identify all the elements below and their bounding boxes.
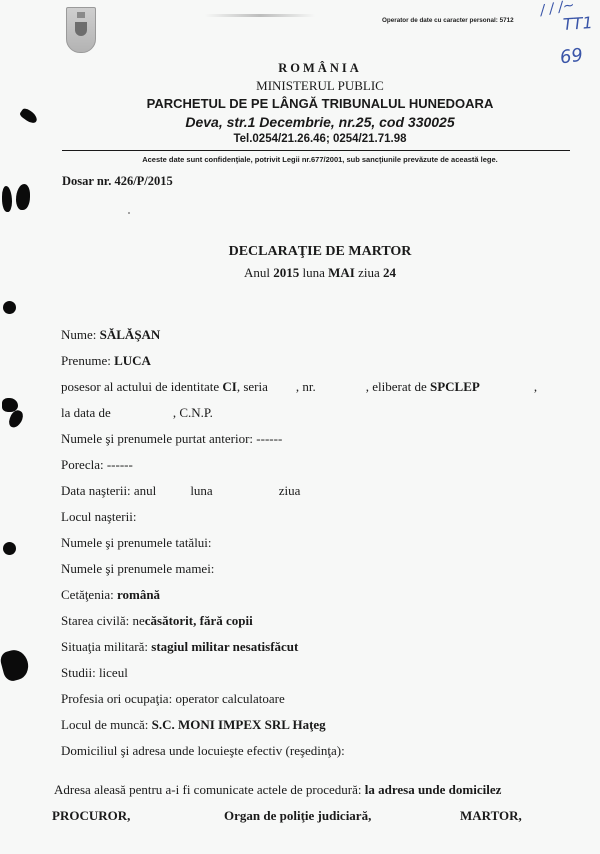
field-locul-nasterii: Locul naşterii: [61,509,136,525]
field-prenume: Prenume: LUCA [61,353,151,369]
binder-tear [2,186,12,212]
date-day-value: 24 [383,265,396,280]
field-situatia-militara: Situaţia militară: stagiul militar nesat… [61,639,298,655]
punch-hole [3,301,16,314]
document-page: Operator de date cu caracter personal: 5… [0,0,600,854]
field-data-nasterii: Data naşterii: anullunaziua [61,483,300,499]
case-number: Dosar nr. 426/P/2015 [62,174,173,189]
handwritten-mark: TT1 [562,13,593,34]
prenume-value: LUCA [114,353,151,368]
field-tatal: Numele şi prenumele tatălui: [61,535,212,551]
date-day-label: ziua [358,265,380,280]
confidentiality-notice: Aceste date sunt confidenţiale, potrivit… [0,155,600,164]
field-adresa-aleasa: Adresa aleasă pentru a-i fi comunicate a… [54,782,501,798]
operator-note: Operator de date cu caracter personal: 5… [382,17,514,24]
nume-value: SĂLĂŞAN [100,327,161,342]
field-porecla: Porecla: ------ [61,457,133,473]
declaration-title: DECLARAŢIE DE MARTOR [0,244,600,260]
date-year-label: Anul [244,265,270,280]
scan-speck [128,212,130,214]
shield-icon [75,22,87,36]
header-divider [62,150,570,151]
scan-smudge [205,14,315,17]
signature-procuror: PROCUROR, [52,808,130,824]
id-type: CI [222,379,236,394]
office-heading: PARCHETUL DE PE LÂNGĂ TRIBUNALUL HUNEDOA… [0,96,600,111]
signature-martor: MARTOR, [460,808,522,824]
field-nume-anterior: Numele şi prenumele purtat anterior: ---… [61,431,282,447]
date-month-label: luna [302,265,324,280]
office-phone: Tel.0254/21.26.46; 0254/21.71.98 [0,133,600,145]
binder-tear [16,184,30,210]
field-nume: Nume: SĂLĂŞAN [61,327,160,343]
declaration-date: Anul 2015 luna MAI ziua 24 [0,265,600,281]
field-studii: Studii: liceul [61,665,128,681]
country-heading: ROMÂNIA [0,61,600,76]
office-address: Deva, str.1 Decembrie, nr.25, cod 330025 [0,114,600,130]
coat-of-arms-icon [66,7,96,53]
field-profesia: Profesia ori ocupaţia: operator calculat… [61,691,285,707]
crown-icon [77,12,85,18]
id-issuer: SPCLEP [430,379,480,394]
date-year-value: 2015 [273,265,299,280]
field-mama: Numele şi prenumele mamei: [61,561,214,577]
field-domiciliu: Domiciliul şi adresa unde locuieşte efec… [61,743,345,759]
binder-tear [0,647,31,683]
ministry-heading: MINISTERUL PUBLIC [0,78,600,94]
field-stare-civila: Starea civilă: necăsătorit, fără copii [61,613,253,629]
field-id-document: posesor al actului de identitate CI, ser… [61,379,537,395]
field-id-date: la data de, C.N.P. [61,405,213,421]
date-month-value: MAI [328,265,355,280]
punch-hole [3,542,16,555]
field-cetatenia: Cetăţenia: română [61,587,160,603]
signature-organ-politie: Organ de poliţie judiciară, [224,808,371,824]
field-loc-munca: Locul de muncă: S.C. MONI IMPEX SRL Haţe… [61,717,326,733]
